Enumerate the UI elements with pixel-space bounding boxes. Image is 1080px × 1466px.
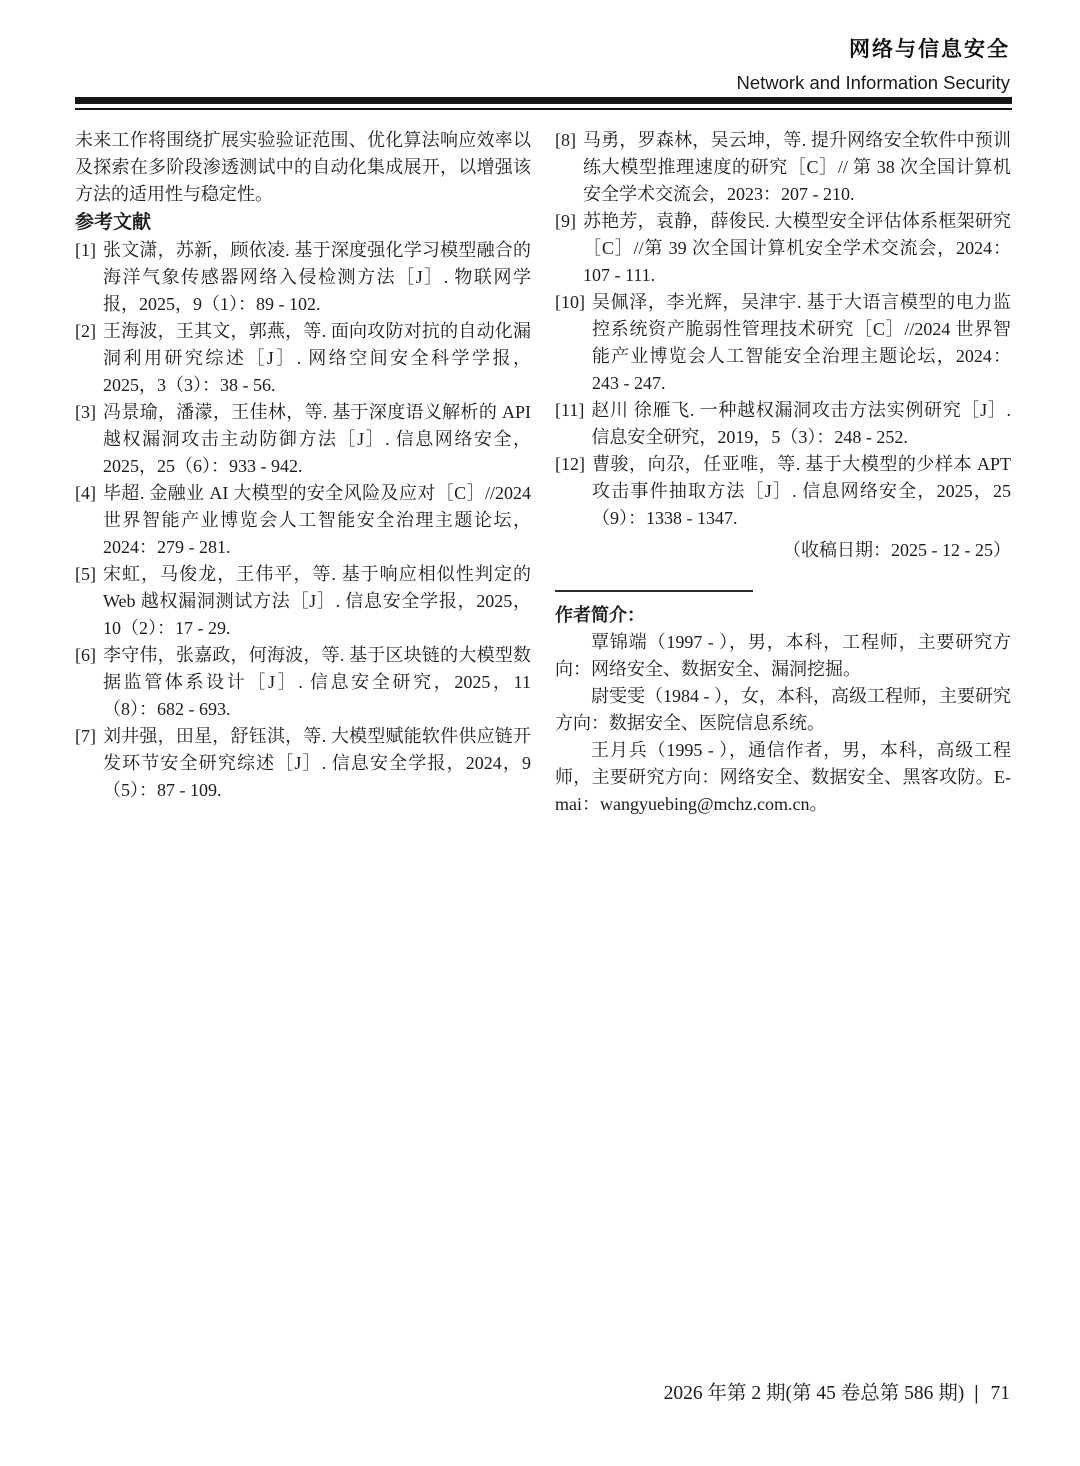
reference-text: 毕超. 金融业 AI 大模型的安全风险及应对［C］//2024 世界智能产业博览… [103, 480, 531, 561]
reference-item: [2] 王海波，王其文，郭燕，等. 面向攻防对抗的自动化漏洞利用研究综述［J］.… [75, 318, 531, 399]
reference-text: 苏艳芳，袁静，薛俊民. 大模型安全评估体系框架研究［C］//第 39 次全国计算… [583, 208, 1011, 289]
reference-text: 冯景瑜，潘濛，王佳林，等. 基于深度语义解析的 API 越权漏洞攻击主动防御方法… [103, 399, 531, 480]
reference-number: [7] [75, 723, 96, 804]
reference-number: [11] [555, 397, 584, 451]
reference-number: [3] [75, 399, 96, 480]
two-column-body: 未来工作将围绕扩展实验验证范围、优化算法响应效率以及探索在多阶段渗透测试中的自动… [75, 127, 1012, 818]
author-bio: 王月兵（1995 - ），通信作者，男，本科，高级工程师，主要研究方向：网络安全… [555, 737, 1011, 818]
reference-number: [8] [555, 127, 576, 208]
author-bio: 尉雯雯（1984 - ），女，本科，高级工程师，主要研究方向：数据安全、医院信息… [555, 683, 1011, 737]
footer-separator: | [964, 1383, 990, 1405]
author-bio: 覃锦端（1997 - ），男，本科，工程师，主要研究方向：网络安全、数据安全、漏… [555, 629, 1011, 683]
reference-item: [11] 赵川 徐雁飞. 一种越权漏洞攻击方法实例研究［J］. 信息安全研究，2… [555, 397, 1011, 451]
reference-item: [10] 吴佩泽，李光辉，吴津宇. 基于大语言模型的电力监控系统资产脆弱性管理技… [555, 289, 1011, 397]
reference-text: 马勇，罗森林，吴云坤，等. 提升网络安全软件中预训练大模型推理速度的研究［C］/… [583, 127, 1011, 208]
received-date: （收稿日期：2025 - 12 - 25） [555, 537, 1011, 564]
reference-item: [7] 刘井强，田星，舒钰淇，等. 大模型赋能软件供应链开发环节安全研究综述［J… [75, 723, 531, 804]
reference-number: [6] [75, 642, 96, 723]
reference-item: [12] 曹骏，向尕，任亚唯，等. 基于大模型的少样本 APT 攻击事件抽取方法… [555, 451, 1011, 532]
reference-text: 曹骏，向尕，任亚唯，等. 基于大模型的少样本 APT 攻击事件抽取方法［J］. … [592, 451, 1011, 532]
right-column: [8] 马勇，罗森林，吴云坤，等. 提升网络安全软件中预训练大模型推理速度的研究… [555, 127, 1011, 818]
page-header: 网络与信息安全 Network and Information Security [736, 33, 1010, 94]
reference-number: [5] [75, 561, 96, 642]
reference-text: 李守伟，张嘉政，何海波，等. 基于区块链的大模型数据监管体系设计［J］. 信息安… [103, 642, 531, 723]
reference-item: [4] 毕超. 金融业 AI 大模型的安全风险及应对［C］//2024 世界智能… [75, 480, 531, 561]
reference-item: [9] 苏艳芳，袁静，薛俊民. 大模型安全评估体系框架研究［C］//第 39 次… [555, 208, 1011, 289]
page-footer: 2026 年第 2 期(第 45 卷总第 586 期)|71 [664, 1377, 1010, 1405]
conclusion-paragraph: 未来工作将围绕扩展实验验证范围、优化算法响应效率以及探索在多阶段渗透测试中的自动… [75, 127, 531, 208]
reference-text: 吴佩泽，李光辉，吴津宇. 基于大语言模型的电力监控系统资产脆弱性管理技术研究［C… [592, 289, 1011, 397]
reference-item: [6] 李守伟，张嘉政，何海波，等. 基于区块链的大模型数据监管体系设计［J］.… [75, 642, 531, 723]
journal-page: 网络与信息安全 Network and Information Security… [0, 0, 1080, 1466]
journal-section-title-en: Network and Information Security [736, 72, 1010, 94]
reference-text: 王海波，王其文，郭燕，等. 面向攻防对抗的自动化漏洞利用研究综述［J］. 网络空… [103, 318, 531, 399]
journal-section-title-cn: 网络与信息安全 [736, 33, 1010, 63]
author-bio-divider [555, 590, 753, 592]
references-heading: 参考文献 [75, 208, 531, 237]
reference-text: 赵川 徐雁飞. 一种越权漏洞攻击方法实例研究［J］. 信息安全研究，2019，5… [591, 397, 1011, 451]
reference-number: [1] [75, 237, 96, 318]
footer-page-number: 71 [991, 1383, 1011, 1404]
reference-item: [8] 马勇，罗森林，吴云坤，等. 提升网络安全软件中预训练大模型推理速度的研究… [555, 127, 1011, 208]
reference-number: [10] [555, 289, 585, 397]
reference-text: 张文潇，苏新，顾依凌. 基于深度强化学习模型融合的海洋气象传感器网络入侵检测方法… [103, 237, 531, 318]
footer-issue-info: 2026 年第 2 期(第 45 卷总第 586 期) [664, 1383, 965, 1404]
reference-number: [4] [75, 480, 96, 561]
reference-number: [9] [555, 208, 576, 289]
reference-text: 刘井强，田星，舒钰淇，等. 大模型赋能软件供应链开发环节安全研究综述［J］. 信… [103, 723, 531, 804]
reference-number: [2] [75, 318, 96, 399]
left-column: 未来工作将围绕扩展实验验证范围、优化算法响应效率以及探索在多阶段渗透测试中的自动… [75, 127, 531, 818]
header-double-rule [75, 97, 1012, 110]
reference-text: 宋虹，马俊龙，王伟平，等. 基于响应相似性判定的 Web 越权漏洞测试方法［J］… [103, 561, 531, 642]
reference-item: [5] 宋虹，马俊龙，王伟平，等. 基于响应相似性判定的 Web 越权漏洞测试方… [75, 561, 531, 642]
reference-item: [1] 张文潇，苏新，顾依凌. 基于深度强化学习模型融合的海洋气象传感器网络入侵… [75, 237, 531, 318]
author-bio-heading: 作者简介： [555, 601, 1011, 629]
reference-number: [12] [555, 451, 585, 532]
reference-item: [3] 冯景瑜，潘濛，王佳林，等. 基于深度语义解析的 API 越权漏洞攻击主动… [75, 399, 531, 480]
